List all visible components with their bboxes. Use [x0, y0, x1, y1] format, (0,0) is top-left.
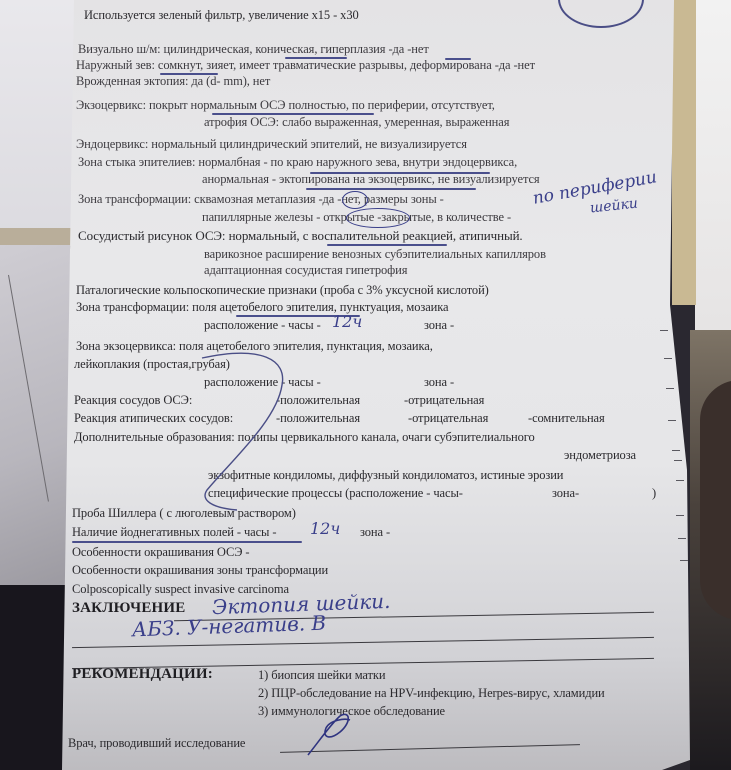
- patho-tz-zone: зона -: [424, 318, 454, 333]
- doctor-signature: [300, 710, 360, 760]
- background-paper-right: [695, 0, 731, 330]
- filter-line: Используется зеленый фильтр, увеличение …: [84, 8, 359, 23]
- endocervix-line: Эндоцервикс: нормальный цилиндрический э…: [76, 137, 467, 152]
- schiller-line: Проба Шиллера ( с люголевым раствором): [72, 506, 296, 521]
- doctor-label: Врач, проводивший исследование: [68, 736, 245, 751]
- atypical-doubtful: -сомнительная: [528, 411, 605, 426]
- external-os-line: Наружный зев: сомкнут, зияет, имеет трав…: [76, 58, 535, 73]
- background-folder: [0, 245, 70, 585]
- vessels-reaction-negative: -отрицательная: [404, 393, 484, 408]
- background-table-edge: [0, 228, 80, 246]
- vascular-line-3: адаптационная сосудистая гипетрофия: [204, 263, 407, 278]
- handwritten-strike-stroke: [192, 340, 322, 520]
- patho-tz-line: Зона трансформации: поля ацетобелого эпи…: [76, 300, 448, 315]
- underline-ectopied: [306, 188, 476, 190]
- atypical-negative: -отрицательная: [408, 411, 488, 426]
- patho-tz-location: расположение - часы -: [204, 318, 321, 333]
- exocervix-line-1: Экзоцервикс: покрыт нормальным ОСЭ полно…: [76, 98, 495, 113]
- iodine-negative-line: Наличие йоднегативных полей - часы -: [72, 525, 276, 540]
- report-sheet: Используется зеленый фильтр, увеличение …: [62, 0, 692, 770]
- vascular-line-2: варикозное расширение венозных субэпител…: [204, 247, 546, 262]
- handwritten-cervix-note: шейки: [589, 196, 638, 217]
- conclusion-label: ЗАКЛЮЧЕНИЕ: [72, 600, 185, 617]
- tz-line-1: Зона трансформации: сквамозная метаплази…: [78, 192, 444, 207]
- recommendations-label: РЕКОМЕНДАЦИИ:: [72, 666, 213, 683]
- recommendation-item-1: 1) биопсия шейки матки: [258, 668, 385, 683]
- handwritten-tz-clock: 12ч: [332, 312, 362, 331]
- background-tape: [672, 0, 696, 305]
- background-object: [700, 380, 731, 620]
- exo-zone-zone: зона -: [424, 375, 454, 390]
- handwritten-circle: [558, 0, 644, 28]
- underline-inflammatory: [327, 244, 447, 246]
- additional-line-4-close: ): [652, 486, 656, 501]
- exocervix-line-2: атрофия ОСЭ: слабо выраженная, умеренная…: [204, 115, 509, 130]
- patho-header: Паталогические кольпоскопические признак…: [76, 283, 489, 298]
- handwritten-iodine-clock: 12ч: [310, 519, 340, 538]
- junction-line-2: анормальная - эктопирована на экзоцервик…: [202, 172, 540, 187]
- additional-line-2: эндометриоза: [564, 448, 636, 463]
- circle-da: [342, 191, 368, 209]
- vessels-reaction-label: Реакция сосудов ОСЭ:: [74, 393, 192, 408]
- staining-ose-line: Особенности окрашивания ОСЭ -: [72, 545, 249, 560]
- underline-iodine: [72, 541, 302, 543]
- staining-tz-line: Особенности окрашивания зоны трансформац…: [72, 563, 328, 578]
- visual-line: Визуально ш/м: цилиндрическая, коническа…: [78, 42, 429, 57]
- recommendation-item-2: 2) ПЦР-обследование на HPV-инфекцию, Her…: [258, 686, 605, 701]
- iodine-negative-zone: зона -: [360, 525, 390, 540]
- additional-line-4-zone: зона-: [552, 486, 579, 501]
- circle-open: [346, 208, 410, 228]
- vascular-line-1: Сосудистый рисунок ОСЭ: нормальный, с во…: [78, 228, 523, 244]
- background-dark: [0, 585, 70, 770]
- junction-line-1: Зона стыка эпителиев: нормалбная - по кр…: [78, 155, 517, 170]
- background-paper-left: [0, 0, 80, 235]
- congenital-ectopy-line: Врожденная эктопия: да (d- mm), нет: [76, 74, 270, 89]
